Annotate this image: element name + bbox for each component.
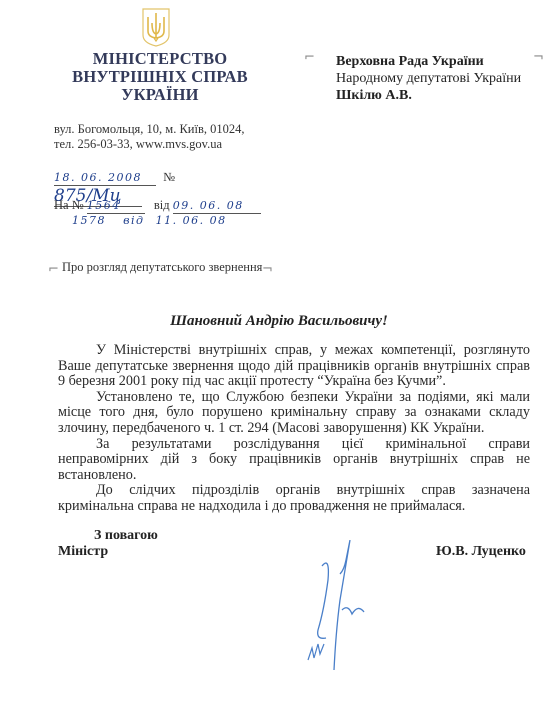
address-line-2: тел. 256-03-33, www.mvs.gov.ua [54,137,244,152]
signer-name: Ю.В. Луценко [436,544,526,560]
subject-corner-left: ⌐ [48,262,59,277]
signer-position: Міністр [58,544,108,560]
closing-regards: З повагою [94,528,158,544]
recipient-name: Шкілю А.В. [336,87,521,104]
trident-emblem-icon [141,7,171,47]
outgoing-registration: 18. 06. 2008 № 875/Мц [54,170,264,188]
from-label: від [154,198,170,212]
reply-number-field: 1564 [87,198,145,214]
reply-from-2: від [123,214,144,227]
recipient-title: Народному депутатові України [336,70,521,87]
recipient-corner-right: ¬ [533,50,544,65]
recipient-organization: Верховна Рада України [336,53,521,70]
outgoing-date: 18. 06. 2008 [54,171,142,184]
reply-date-field: 09. 06. 08 [173,198,261,214]
ministry-name: МІНІСТЕРСТВО ВНУТРІШНІХ СПРАВ УКРАЇНИ [60,50,260,104]
ministry-line-1: МІНІСТЕРСТВО [60,50,260,68]
reply-date-2: 11. 06. 08 [156,214,227,227]
paragraph-3: За результатами розслідування цієї кримі… [58,437,530,484]
reply-registration: На № 1564 від 09. 06. 08 1578 від 11. 06… [54,198,269,228]
reply-date-1: 09. 06. 08 [173,199,244,212]
ministry-line-2: ВНУТРІШНІХ СПРАВ [60,68,260,86]
number-label: № [163,170,175,184]
recipient-block: Верховна Рада України Народному депутато… [336,53,521,104]
address-line-1: вул. Богомольця, 10, м. Київ, 01024, [54,122,244,137]
reply-number-1: 1564 [87,199,121,212]
letter-body: У Міністерстві внутрішніх справ, у межах… [58,343,530,515]
recipient-corner-left: ⌐ [304,50,315,65]
subject-corner-right: ¬ [262,262,273,277]
signature-icon [300,540,400,680]
paragraph-1: У Міністерстві внутрішніх справ, у межах… [58,343,530,390]
paragraph-4: До слідчих підрозділів органів внутрішні… [58,483,530,514]
salutation: Шановний Андрію Васильовичу! [0,313,558,330]
outgoing-date-field: 18. 06. 2008 [54,170,156,186]
reply-number-2: 1578 [72,214,106,227]
ministry-line-3: УКРАЇНИ [60,86,260,104]
ministry-address: вул. Богомольця, 10, м. Київ, 01024, тел… [54,122,244,152]
paragraph-2: Установлено те, що Службою безпеки Украї… [58,390,530,437]
letter-subject: Про розгляд депутатського звернення [62,260,262,275]
reply-label: На № [54,198,84,212]
